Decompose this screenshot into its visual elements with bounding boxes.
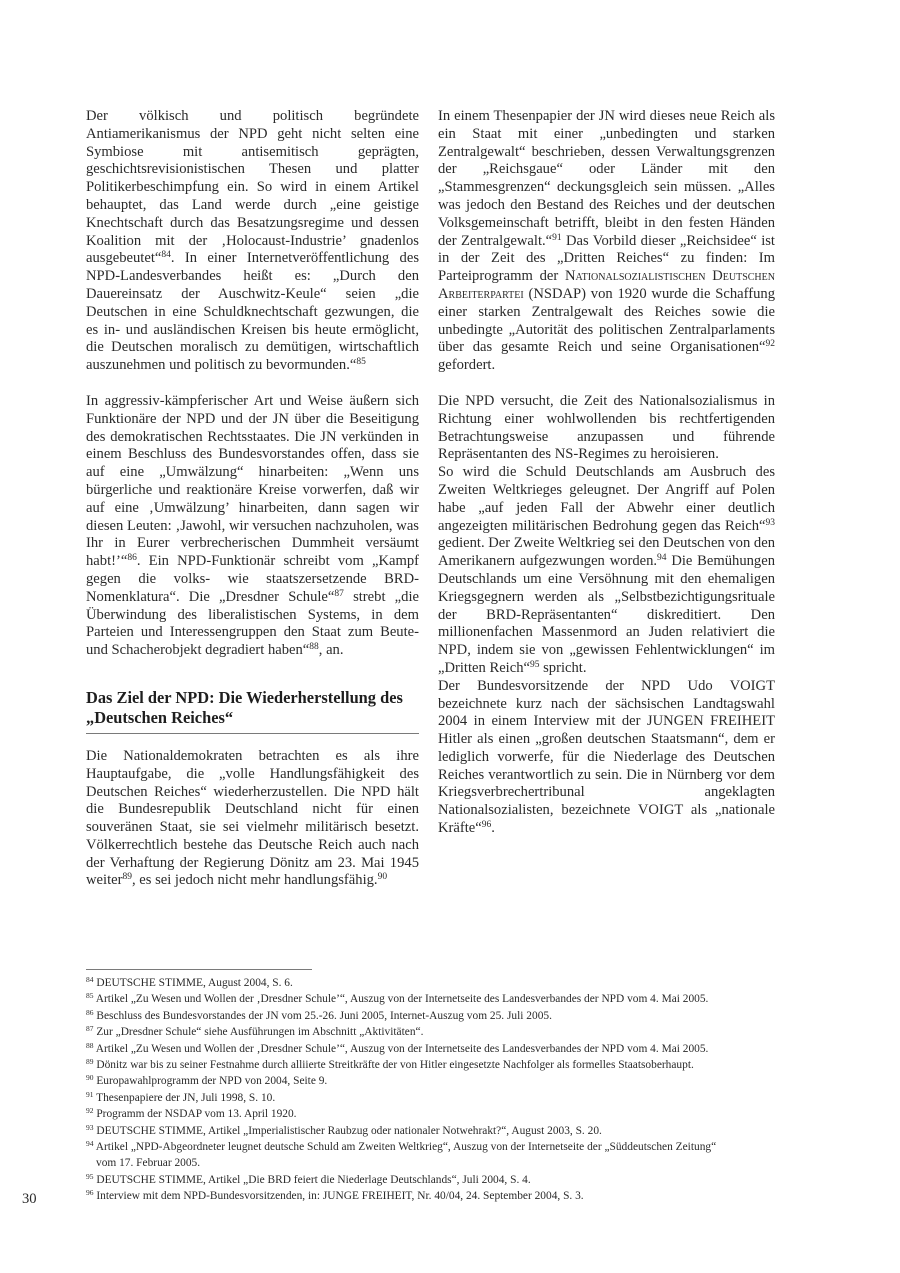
paragraph-schuld: So wird die Schuld Deutschlands am Ausbr…	[438, 464, 775, 678]
footnote-separator	[86, 969, 312, 970]
paragraph-gap	[86, 375, 419, 393]
footnote-item: 94 Artikel „NPD-Abgeordneter leugnet deu…	[86, 1139, 786, 1172]
footnote-item: 95 DEUTSCHE STIMME, Artikel „Die BRD fei…	[86, 1172, 786, 1188]
footnote-item: 87 Zur „Dresdner Schule“ siehe Ausführun…	[86, 1024, 786, 1040]
paragraph-nationalsozialismus: Die NPD versucht, die Zeit des Nationals…	[438, 393, 775, 464]
paragraph-thesenpapier: In einem Thesenpapier der JN wird dieses…	[438, 108, 775, 375]
footnote-item: 96 Interview mit dem NPD-Bundesvorsitzen…	[86, 1188, 786, 1204]
section-heading: Das Ziel der NPD: Die Wiederherstellung …	[86, 688, 419, 734]
footnote-item: 91 Thesenpapiere der JN, Juli 1998, S. 1…	[86, 1090, 786, 1106]
page-number: 30	[22, 1191, 37, 1208]
paragraph-rechtsstaat: In aggressiv-kämpferischer Art und Weise…	[86, 393, 419, 660]
footnotes: 84 DEUTSCHE STIMME, August 2004, S. 6. 8…	[86, 975, 786, 1205]
footnote-ref[interactable]: 91	[552, 233, 562, 243]
footnote-ref[interactable]: 90	[378, 872, 388, 882]
left-column: Der völkisch und politisch begründete An…	[86, 108, 419, 890]
footnote-ref[interactable]: 93	[766, 518, 776, 528]
paragraph-voigt: Der Bundesvorsitzende der NPD Udo VOIGT …	[438, 678, 775, 838]
footnote-ref[interactable]: 96	[482, 820, 492, 830]
footnote-item: 88 Artikel „Zu Wesen und Wollen der ‚Dre…	[86, 1041, 786, 1057]
paragraph-handlungsfaehigkeit: Die Nationaldemokraten betrachten es als…	[86, 748, 419, 890]
footnote-ref[interactable]: 94	[657, 553, 667, 563]
footnote-item: 86 Beschluss des Bundesvorstandes der JN…	[86, 1008, 786, 1024]
footnote-ref[interactable]: 84	[161, 250, 171, 260]
footnote-ref[interactable]: 86	[127, 553, 137, 563]
paragraph-antiamerikanismus: Der völkisch und politisch begründete An…	[86, 108, 419, 375]
footnote-item: 89 Dönitz war bis zu seiner Festnahme du…	[86, 1057, 786, 1073]
footnote-ref[interactable]: 88	[309, 642, 319, 652]
footnote-ref[interactable]: 85	[356, 357, 366, 367]
footnote-item: 90 Europawahlprogramm der NPD von 2004, …	[86, 1073, 786, 1089]
paragraph-gap	[438, 375, 775, 393]
footnote-ref[interactable]: 89	[122, 872, 132, 882]
footnote-item: 85 Artikel „Zu Wesen und Wollen der ‚Dre…	[86, 991, 786, 1007]
footnote-item: 93 DEUTSCHE STIMME, Artikel „Imperialist…	[86, 1123, 786, 1139]
footnote-item: 84 DEUTSCHE STIMME, August 2004, S. 6.	[86, 975, 786, 991]
footnote-ref[interactable]: 87	[334, 589, 344, 599]
footnote-ref[interactable]: 92	[766, 339, 776, 349]
footnote-item: 92 Programm der NSDAP vom 13. April 1920…	[86, 1106, 786, 1122]
right-column: In einem Thesenpapier der JN wird dieses…	[438, 108, 775, 838]
